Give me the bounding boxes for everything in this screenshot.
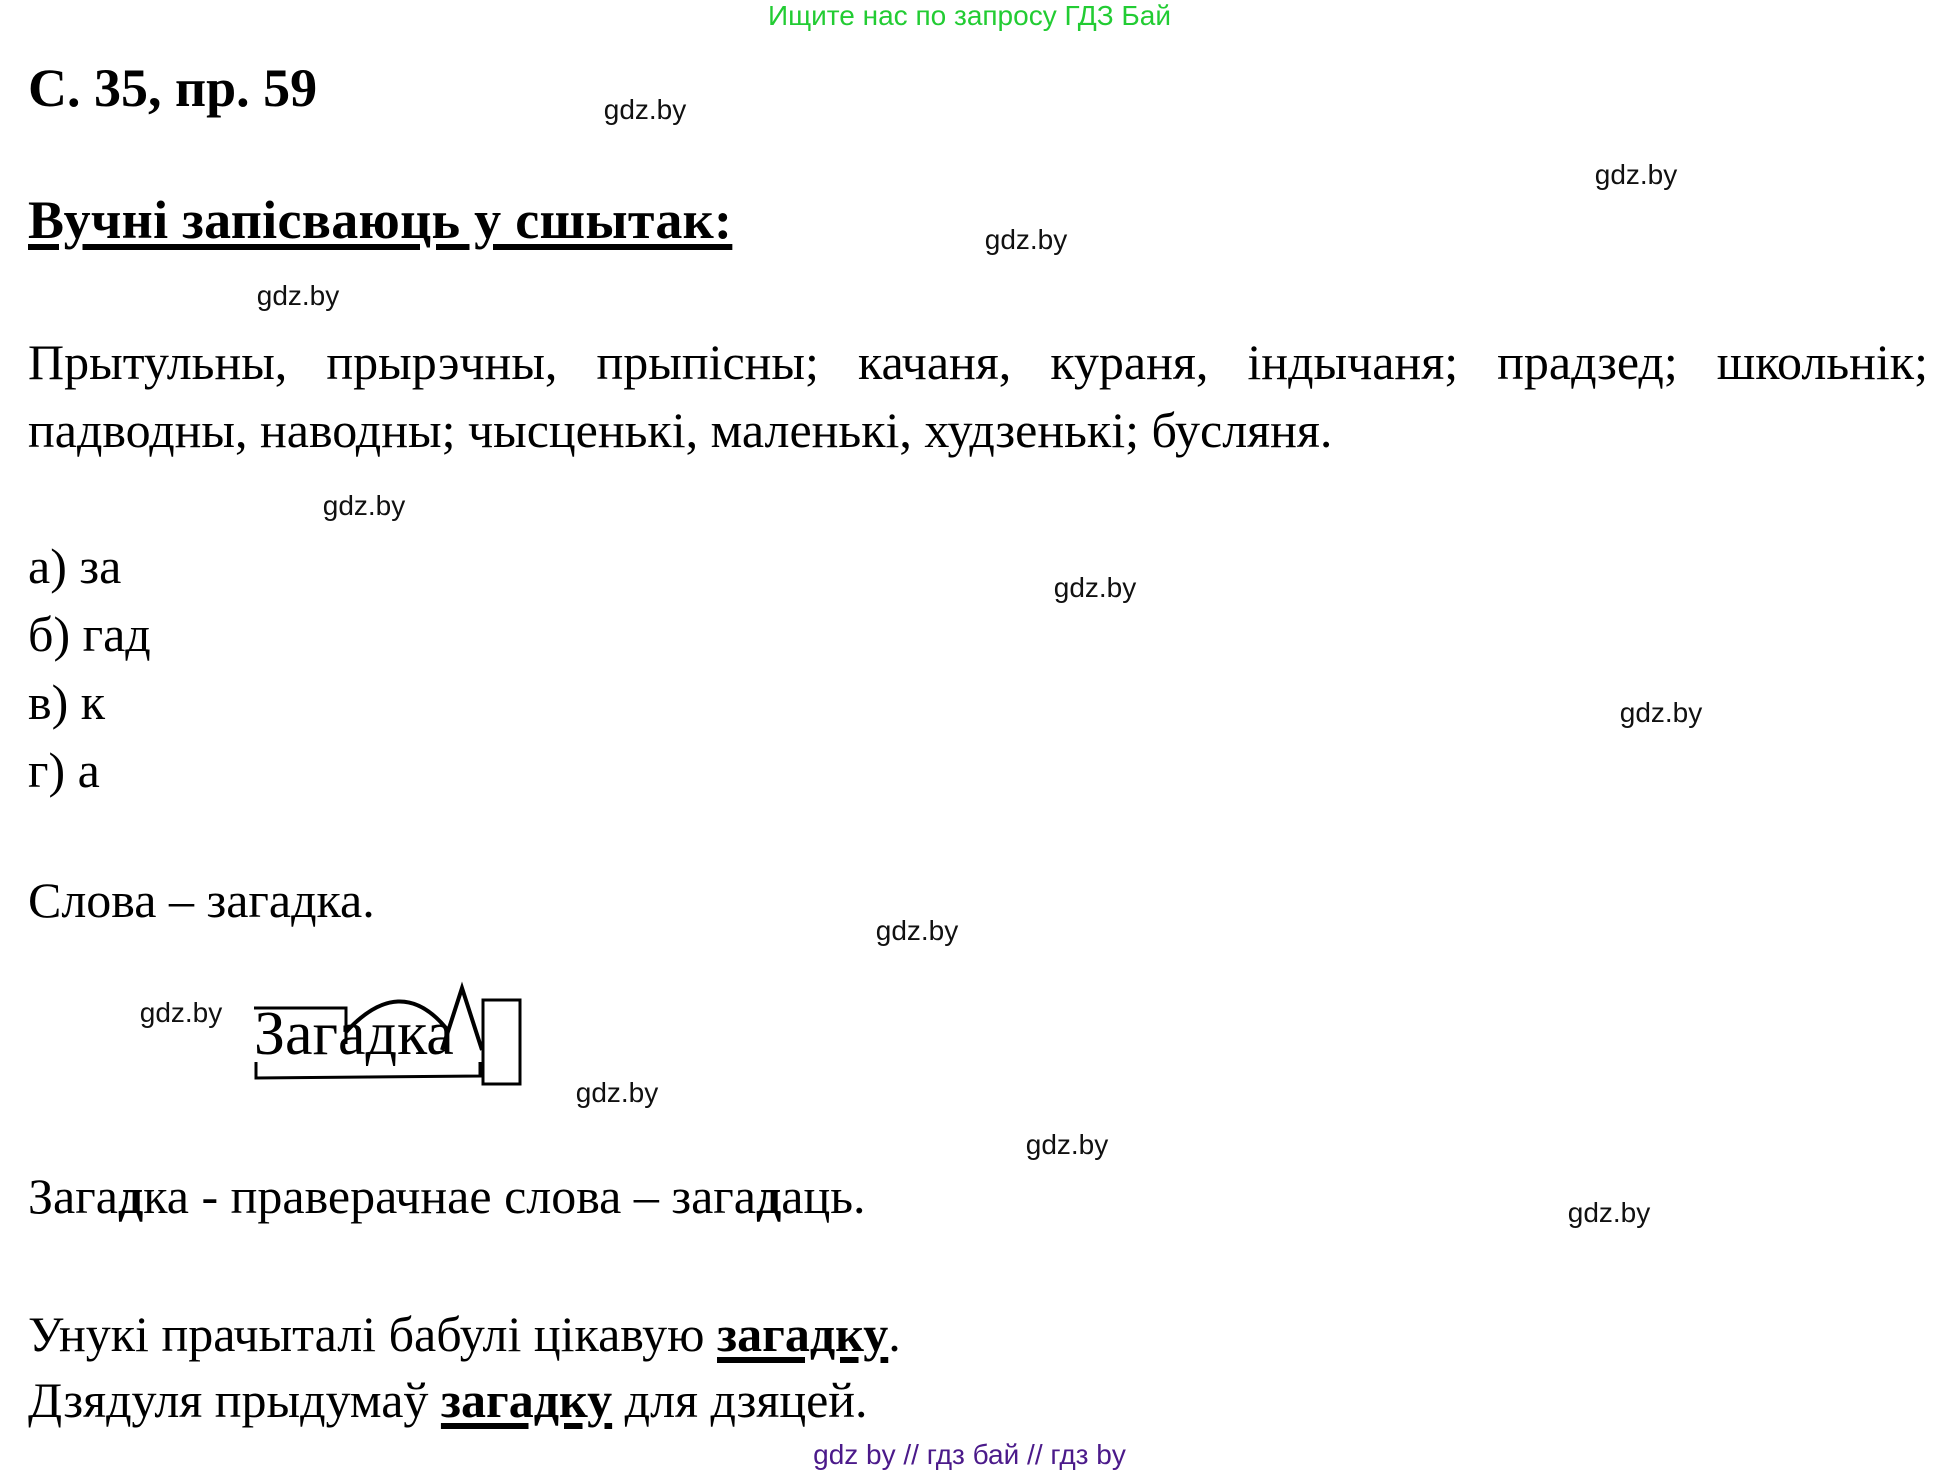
answers-list: а) за б) гад в) к г) а xyxy=(28,532,151,804)
word-list-paragraph: Прытульны, прырэчны, прыпісны; качаня, к… xyxy=(28,328,1928,464)
watermark: gdz.by xyxy=(1054,572,1137,604)
watermark: gdz.by xyxy=(323,490,406,522)
highlighted-word: загадку xyxy=(441,1372,612,1428)
watermark: gdz.by xyxy=(1595,159,1678,191)
answer-item: в) к xyxy=(28,668,151,736)
watermark: gdz.by xyxy=(876,915,959,947)
highlighted-letter: д xyxy=(118,1168,143,1224)
watermark: gdz.by xyxy=(576,1077,659,1109)
example-sentence: Дзядуля прыдумаў загадку для дзяцей. xyxy=(28,1368,868,1432)
morpheme-diagram: Загадка xyxy=(250,978,520,1098)
example-sentence: Унукі прачыталі бабулі цікавую загадку. xyxy=(28,1302,901,1366)
watermark: gdz.by xyxy=(1568,1197,1651,1229)
watermark: gdz.by xyxy=(257,280,340,312)
answer-item: г) а xyxy=(28,736,151,804)
answer-item: а) за xyxy=(28,532,151,600)
footer-watermark: gdz by // гдз бай // гдз by xyxy=(0,1439,1939,1471)
answer-item: б) гад xyxy=(28,600,151,668)
watermark: gdz.by xyxy=(1620,697,1703,729)
watermark: gdz.by xyxy=(985,224,1068,256)
words-line: Слова – загадка. xyxy=(28,868,375,932)
watermark: gdz.by xyxy=(1026,1129,1109,1161)
page-title: С. 35, пр. 59 xyxy=(28,56,317,120)
ending-mark xyxy=(483,1000,520,1084)
morpheme-word: Загадка xyxy=(254,998,454,1070)
watermark: gdz.by xyxy=(140,997,223,1029)
check-word-line: Загадка - праверачнае слова – загадаць. xyxy=(28,1164,866,1228)
highlighted-word: загадку xyxy=(717,1306,888,1362)
search-banner: Ищите нас по запросу ГДЗ Бай xyxy=(0,0,1939,32)
section-heading: Вучні запісваюць у сшытак: xyxy=(28,188,732,252)
highlighted-letter: д xyxy=(756,1168,781,1224)
watermark: gdz.by xyxy=(604,94,687,126)
